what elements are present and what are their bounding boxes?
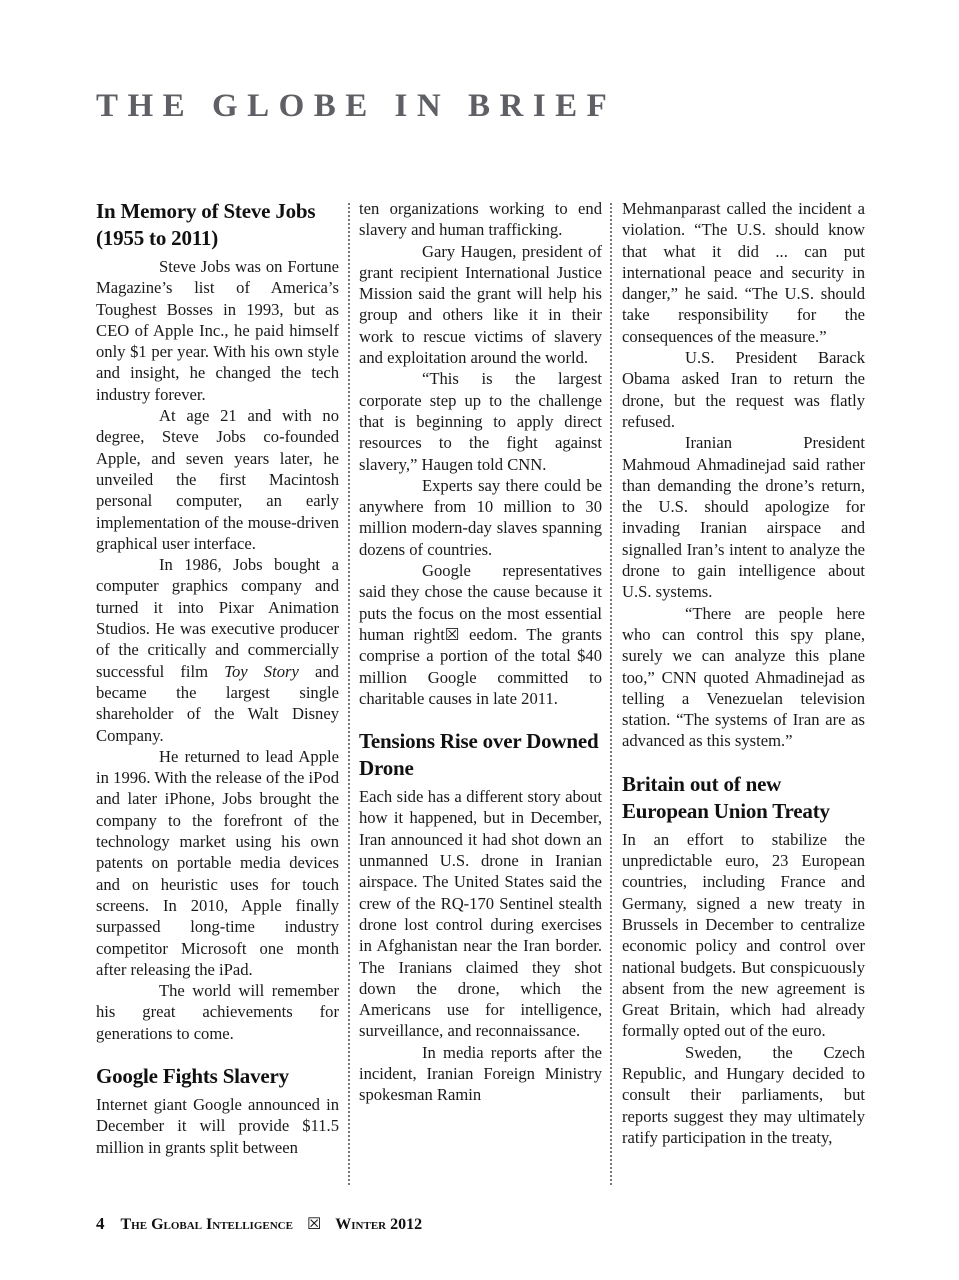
paragraph: The world will remember his great achiev… (96, 980, 339, 1044)
column-divider (348, 203, 350, 1185)
paragraph: At age 21 and with no degree, Steve Jobs… (96, 405, 339, 554)
paragraph: Iranian President Mahmoud Ahmadinejad sa… (622, 432, 865, 602)
film-title: Toy Story (224, 662, 299, 681)
paragraph: “This is the largest corporate step up t… (359, 368, 602, 474)
paragraph: Gary Haugen, president of grant recipien… (359, 241, 602, 369)
paragraph: Google representatives said they chose t… (359, 560, 602, 709)
issue-label: Winter 2012 (335, 1216, 422, 1233)
headline-downed-drone: Tensions Rise over Downed Drone (359, 728, 602, 782)
page-footer: 4 The Global Intelligence ☒ Winter 2012 (96, 1214, 422, 1234)
headline-eu-treaty: Britain out of new European Union Treaty (622, 771, 865, 825)
headline-steve-jobs: In Memory of Steve Jobs (1955 to 2011) (96, 198, 339, 252)
separator-glyph-icon: ☒ (307, 1216, 321, 1233)
headline-google-slavery: Google Fights Slavery (96, 1063, 339, 1090)
column-divider (610, 203, 612, 1185)
publication-name: The Global Intelligence (121, 1216, 293, 1233)
paragraph: Sweden, the Czech Republic, and Hungary … (622, 1042, 865, 1148)
paragraph: Internet giant Google announced in Decem… (96, 1094, 339, 1158)
paragraph: “There are people here who can control t… (622, 603, 865, 752)
section-title: THE GLOBE IN BRIEF (96, 88, 616, 125)
paragraph: U.S. President Barack Obama asked Iran t… (622, 347, 865, 432)
paragraph: Steve Jobs was on Fortune Magazine’s lis… (96, 256, 339, 405)
column-3: Mehmanparast called the incident a viola… (622, 198, 865, 1148)
column-2: ten organizations working to end slavery… (359, 198, 602, 1106)
paragraph: ten organizations working to end slavery… (359, 198, 602, 241)
paragraph: In an effort to stabilize the unpredicta… (622, 829, 865, 1042)
paragraph: Each side has a different story about ho… (359, 786, 602, 1042)
column-1: In Memory of Steve Jobs (1955 to 2011) S… (96, 198, 339, 1158)
paragraph: Mehmanparast called the incident a viola… (622, 198, 865, 347)
paragraph: He returned to lead Apple in 1996. With … (96, 746, 339, 980)
paragraph: Experts say there could be anywhere from… (359, 475, 602, 560)
paragraph-text: In 1986, Jobs bought a computer graphics… (96, 555, 339, 680)
paragraph: In media reports after the incident, Ira… (359, 1042, 602, 1106)
paragraph: In 1986, Jobs bought a computer graphics… (96, 554, 339, 746)
page-number: 4 (96, 1214, 105, 1233)
